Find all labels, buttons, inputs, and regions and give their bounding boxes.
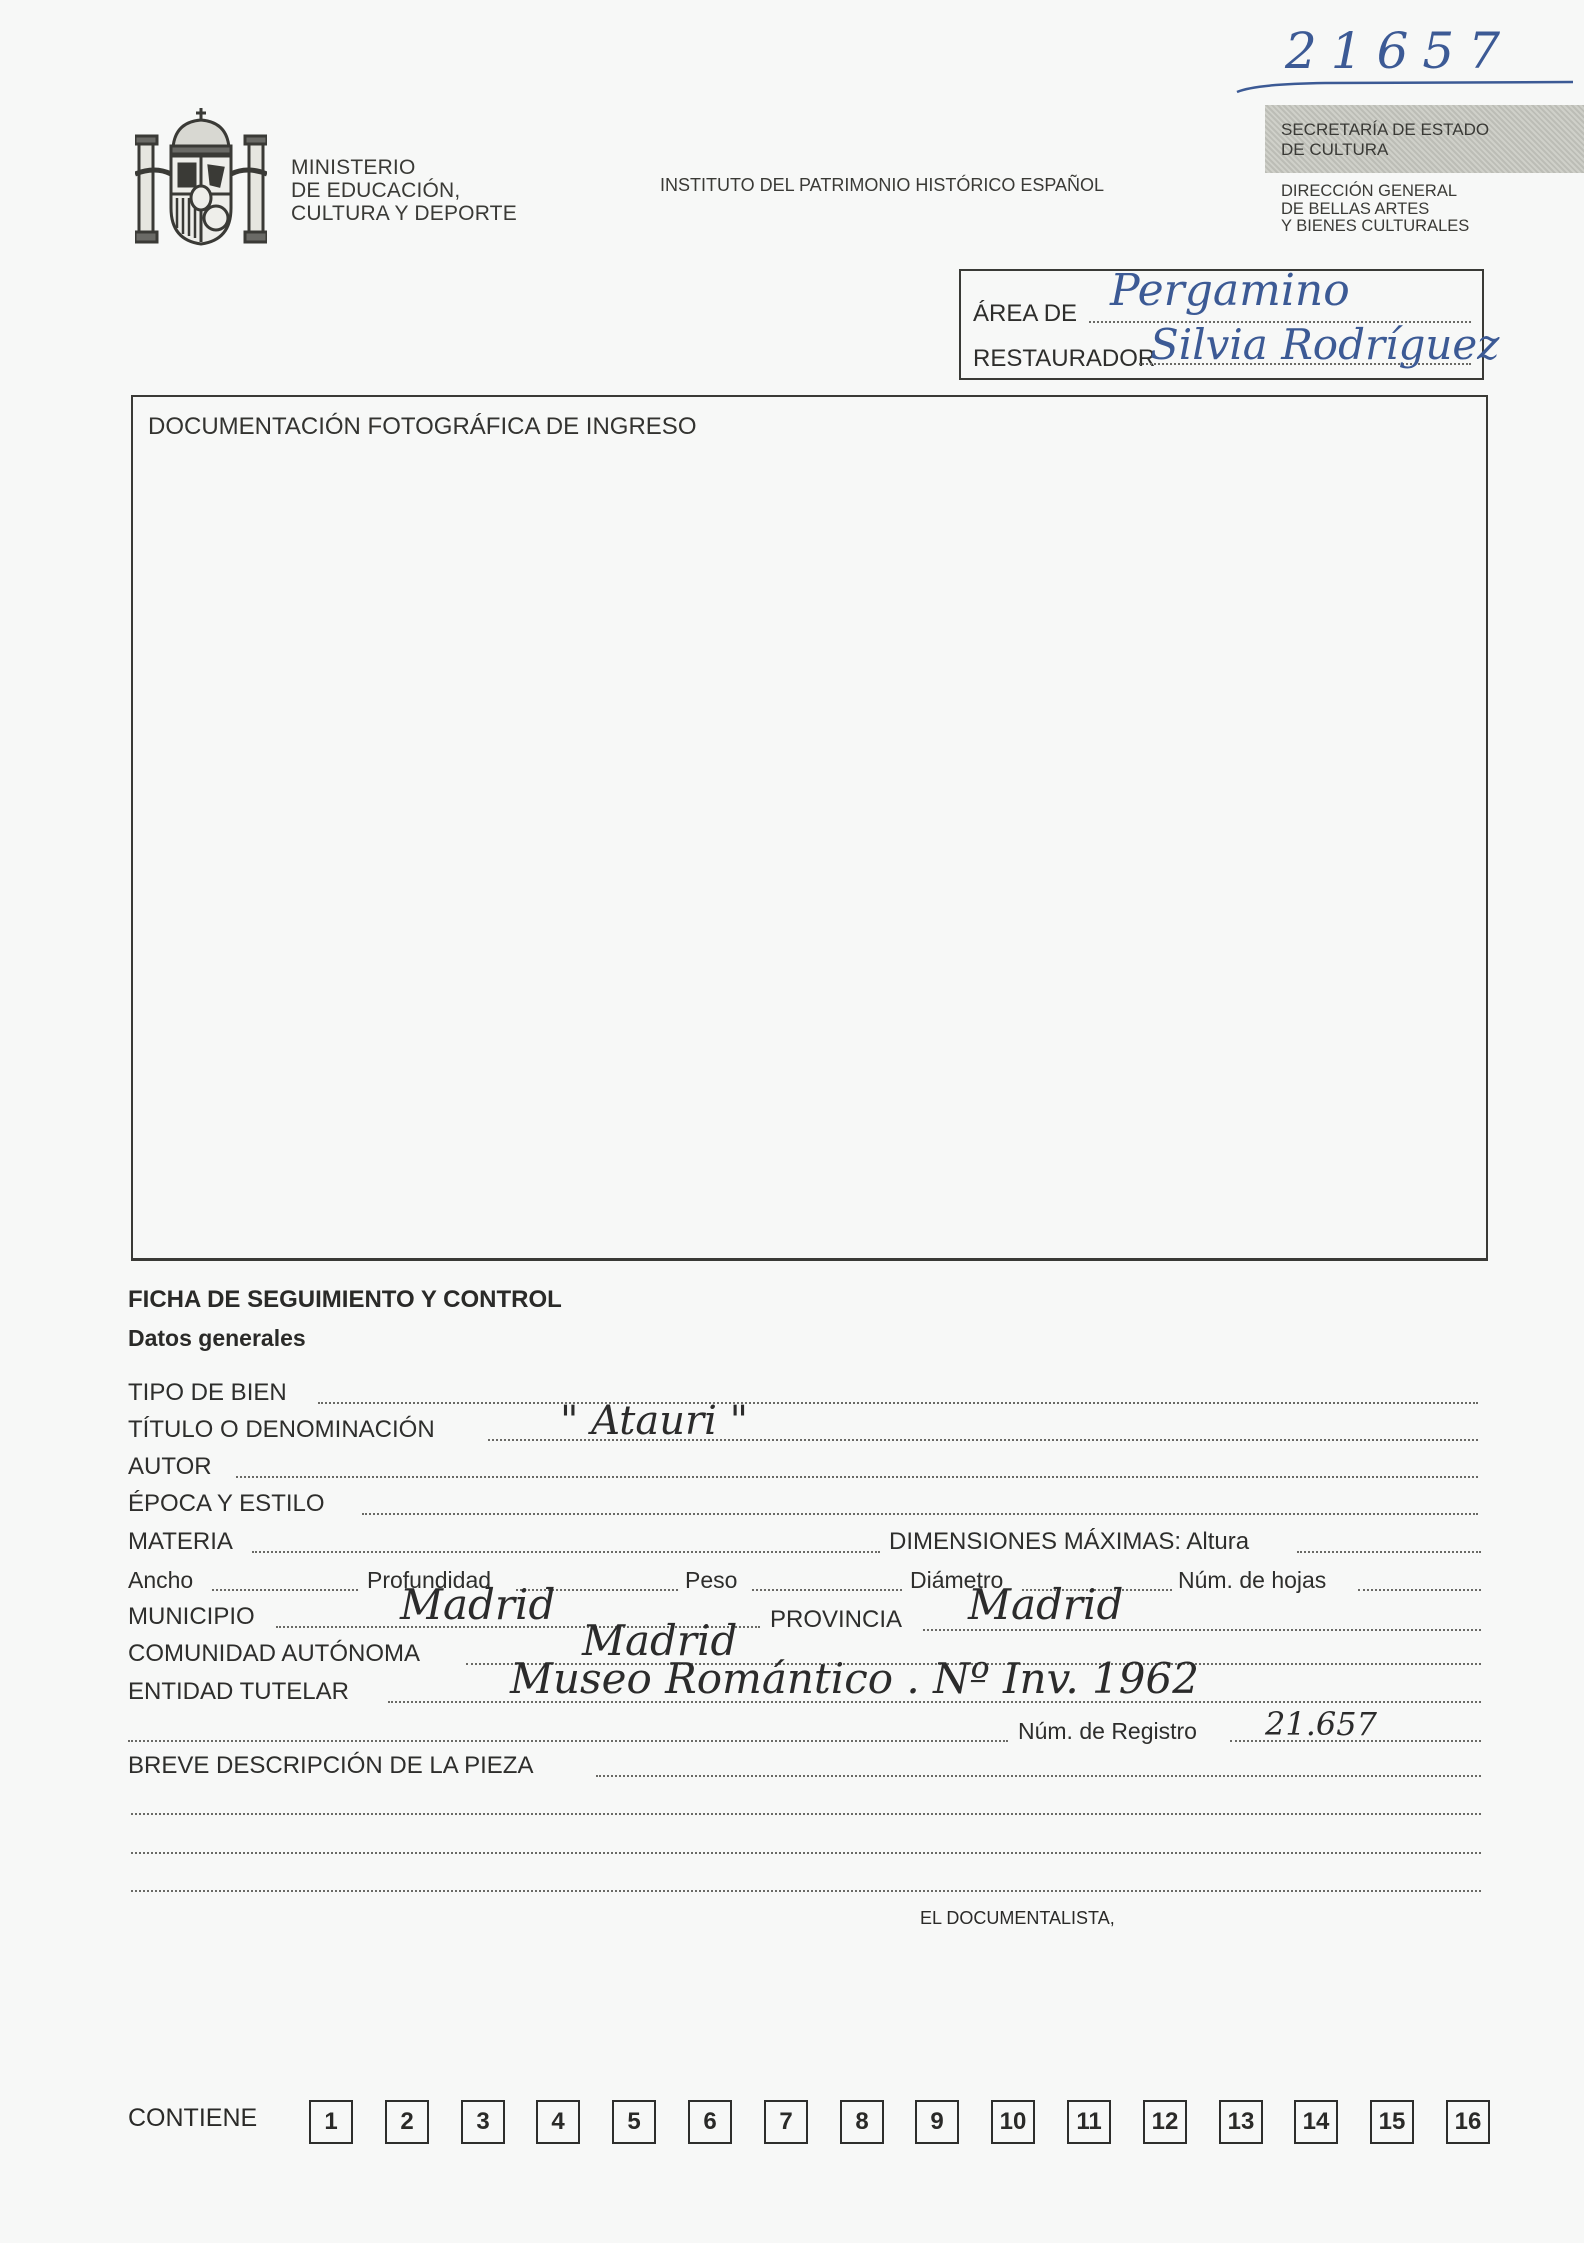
epoca-field[interactable] [362, 1513, 1478, 1515]
ministry-line-1: MINISTERIO [291, 156, 517, 179]
photo-documentation-box [131, 395, 1488, 1261]
handwritten-underline [1235, 78, 1575, 94]
contiene-box-2[interactable]: 2 [385, 2100, 429, 2144]
contiene-label: CONTIENE [128, 2104, 257, 2133]
epoca-label: ÉPOCA Y ESTILO [128, 1490, 325, 1518]
autor-field[interactable] [236, 1476, 1478, 1478]
num-hojas-field[interactable] [1358, 1589, 1481, 1591]
municipio-label: MUNICIPIO [128, 1603, 255, 1631]
peso-label: Peso [685, 1567, 737, 1594]
entidad-tutelar-value: Museo Romántico . Nº Inv. 1962 [510, 1654, 1199, 1703]
comunidad-autonoma-label: COMUNIDAD AUTÓNOMA [128, 1640, 420, 1668]
dimensiones-altura-label: DIMENSIONES MÁXIMAS: Altura [889, 1528, 1249, 1556]
contiene-box-3[interactable]: 3 [461, 2100, 505, 2144]
contiene-box-13[interactable]: 13 [1219, 2100, 1263, 2144]
descripcion-line-3[interactable] [131, 1852, 1481, 1854]
contiene-box-4[interactable]: 4 [536, 2100, 580, 2144]
contiene-box-8[interactable]: 8 [840, 2100, 884, 2144]
descripcion-label: BREVE DESCRIPCIÓN DE LA PIEZA [128, 1752, 533, 1780]
provincia-value: Madrid [968, 1580, 1123, 1629]
direccion-line-1: DIRECCIÓN GENERAL [1281, 183, 1469, 201]
restaurador-label: RESTAURADOR [973, 345, 1155, 373]
secretaria-line-1: SECRETARÍA DE ESTADO [1281, 120, 1584, 140]
contiene-box-11[interactable]: 11 [1067, 2100, 1111, 2144]
materia-field[interactable] [252, 1551, 880, 1553]
direccion-line-3: Y BIENES CULTURALES [1281, 218, 1469, 236]
titulo-value: " Atauri " [560, 1398, 748, 1444]
descripcion-line-4[interactable] [131, 1890, 1481, 1892]
institute-name: INSTITUTO DEL PATRIMONIO HISTÓRICO ESPAÑ… [660, 175, 1104, 196]
contiene-box-9[interactable]: 9 [915, 2100, 959, 2144]
descripcion-field[interactable] [596, 1775, 1481, 1777]
restaurador-value[interactable]: Silvia Rodríguez [1150, 320, 1499, 369]
tipo-de-bien-field[interactable] [318, 1402, 1478, 1404]
datos-generales-heading: Datos generales [128, 1325, 306, 1352]
contiene-box-14[interactable]: 14 [1294, 2100, 1338, 2144]
ficha-title: FICHA DE SEGUIMIENTO Y CONTROL [128, 1286, 562, 1314]
direccion-general: DIRECCIÓN GENERAL DE BELLAS ARTES Y BIEN… [1281, 183, 1469, 236]
contiene-box-6[interactable]: 6 [688, 2100, 732, 2144]
provincia-field[interactable] [923, 1629, 1481, 1631]
materia-label: MATERIA [128, 1528, 233, 1556]
contiene-box-10[interactable]: 10 [991, 2100, 1035, 2144]
ancho-label: Ancho [128, 1567, 193, 1594]
ministry-name: MINISTERIO DE EDUCACIÓN, CULTURA Y DEPOR… [291, 156, 517, 225]
tipo-de-bien-label: TIPO DE BIEN [128, 1379, 287, 1407]
altura-field[interactable] [1297, 1551, 1481, 1553]
extra-dotted-line[interactable] [128, 1740, 1008, 1742]
num-registro-label: Núm. de Registro [1018, 1718, 1197, 1745]
titulo-label: TÍTULO O DENOMINACIÓN [128, 1416, 435, 1444]
entidad-tutelar-label: ENTIDAD TUTELAR [128, 1678, 349, 1706]
secretaria-banner: SECRETARÍA DE ESTADO DE CULTURA [1265, 105, 1584, 173]
ministry-line-2: DE EDUCACIÓN, [291, 179, 517, 202]
handwritten-register-number: 21657 [1285, 22, 1514, 80]
peso-field[interactable] [752, 1589, 902, 1591]
ancho-field[interactable] [212, 1589, 358, 1591]
contiene-box-15[interactable]: 15 [1370, 2100, 1414, 2144]
contiene-box-5[interactable]: 5 [612, 2100, 656, 2144]
descripcion-line-2[interactable] [131, 1813, 1481, 1815]
ministry-line-3: CULTURA Y DEPORTE [291, 202, 517, 225]
spanish-coat-of-arms-icon [135, 108, 267, 246]
area-label: ÁREA DE [973, 300, 1077, 328]
secretaria-line-2: DE CULTURA [1281, 140, 1584, 160]
contiene-box-16[interactable]: 16 [1446, 2100, 1490, 2144]
documentalista-label: EL DOCUMENTALISTA, [920, 1908, 1115, 1929]
area-value[interactable]: Pergamino [1110, 265, 1350, 316]
num-registro-value: 21.657 [1265, 1705, 1377, 1743]
contiene-box-12[interactable]: 12 [1143, 2100, 1187, 2144]
municipio-value: Madrid [400, 1580, 555, 1629]
direccion-line-2: DE BELLAS ARTES [1281, 201, 1469, 219]
num-hojas-label: Núm. de hojas [1178, 1567, 1326, 1594]
provincia-label: PROVINCIA [770, 1606, 902, 1634]
photo-documentation-title: DOCUMENTACIÓN FOTOGRÁFICA DE INGRESO [148, 413, 696, 441]
contiene-box-7[interactable]: 7 [764, 2100, 808, 2144]
contiene-box-1[interactable]: 1 [309, 2100, 353, 2144]
autor-label: AUTOR [128, 1453, 212, 1481]
